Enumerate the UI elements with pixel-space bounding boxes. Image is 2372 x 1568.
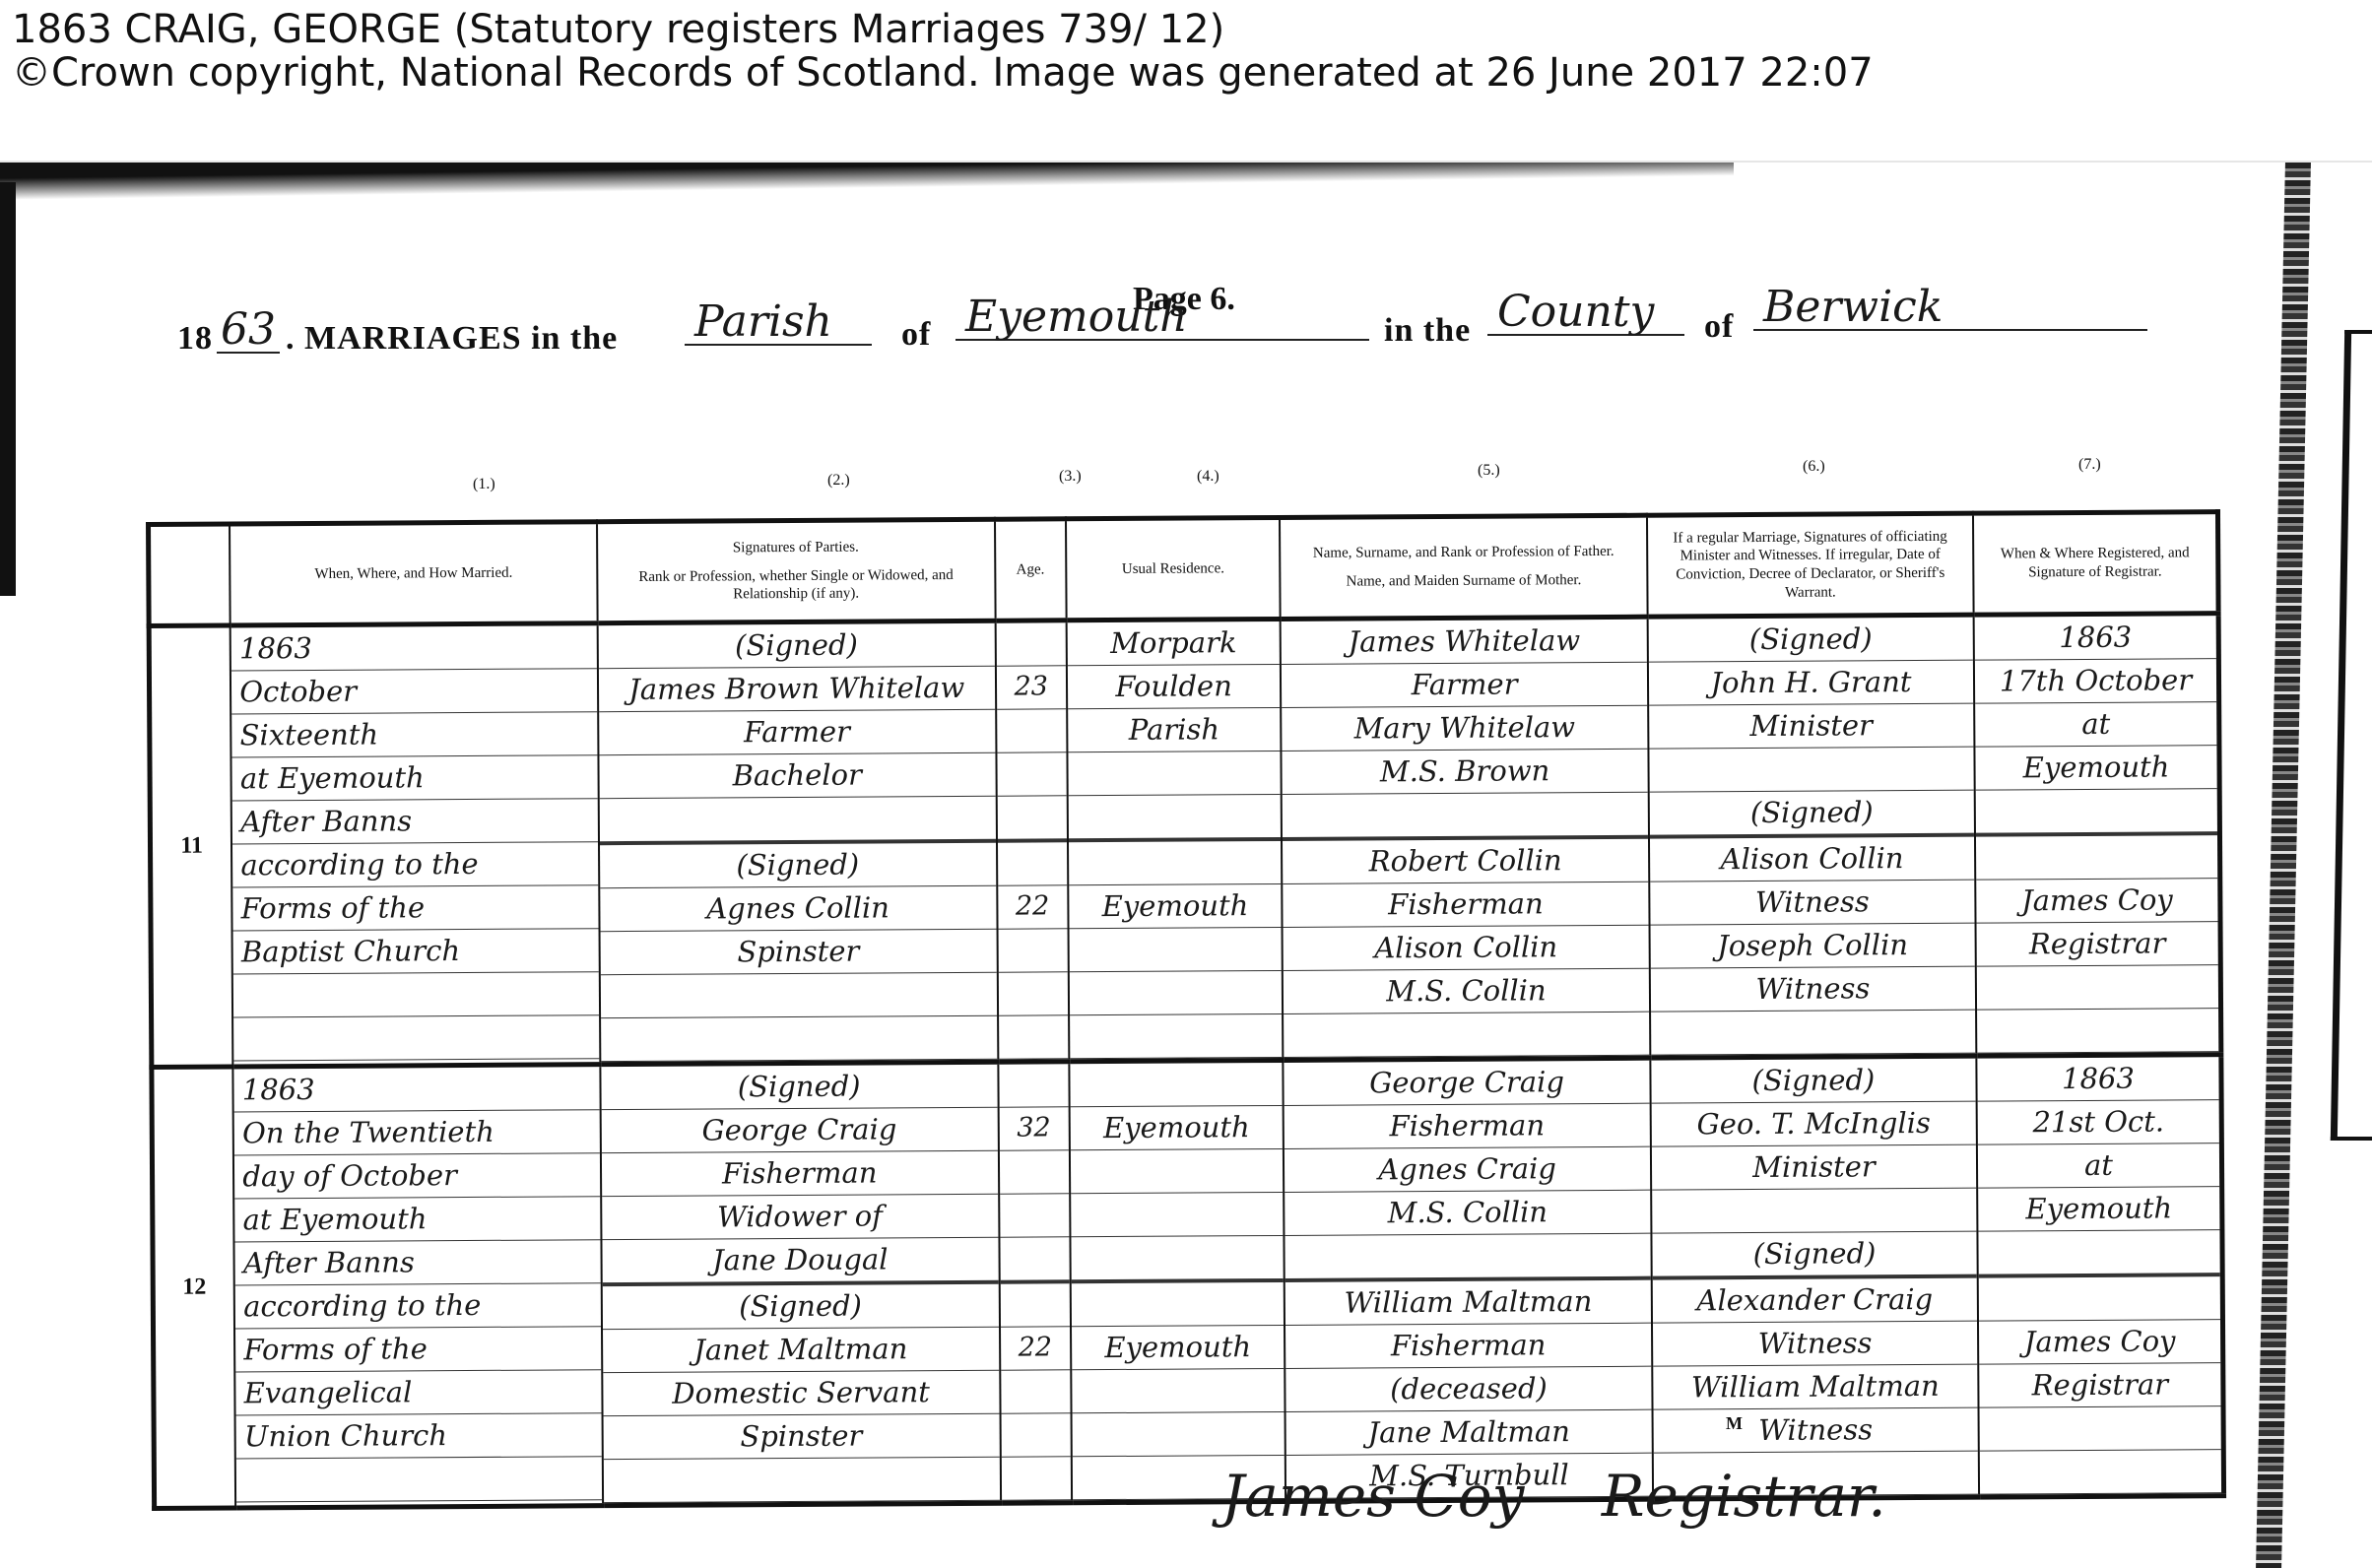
residence-line <box>1070 1014 1283 1059</box>
register-heading: Page 6. 18 63 . MARRIAGES in the Parish … <box>177 251 2147 359</box>
parish-type: Parish <box>685 300 872 346</box>
marriage-register-table: When, Where, and How Married. Signatures… <box>146 509 2226 1511</box>
age-line <box>999 1015 1069 1059</box>
column-number: (5.) <box>1478 462 1500 480</box>
parents-line: (deceased) <box>1286 1367 1652 1412</box>
header-age: Age. <box>994 519 1066 621</box>
header-parties-top: Signatures of Parties. <box>733 539 859 555</box>
header-row: When, Where, and How Married. Signatures… <box>149 512 2219 626</box>
age-line <box>998 972 1068 1015</box>
parents-line <box>1283 793 1648 841</box>
regular-line <box>1652 1189 1976 1234</box>
cell-regular: (Signed)John H. GrantMinister(Signed)Ali… <box>1647 615 1976 1058</box>
age-lines: 3222 <box>999 1064 1071 1500</box>
when-line: Evangelical <box>236 1370 602 1415</box>
residence-line <box>1070 971 1283 1015</box>
header-parents: Name, Surname, and Rank or Profession of… <box>1280 515 1647 619</box>
when-line: Forms of the <box>235 1327 601 1372</box>
registered-line: James Coy <box>1976 879 2217 923</box>
age-lines: 2322 <box>996 622 1068 1059</box>
cell-residence: EyemouthEyemouth <box>1069 1060 1285 1502</box>
residence-lines: MorparkFouldenParishEyemouth <box>1068 621 1283 1059</box>
when-lines: 1863OctoberSixteenthat EyemouthAfter Ban… <box>231 625 599 1061</box>
age-line <box>999 1150 1069 1194</box>
parents-line: George Craig <box>1285 1061 1650 1106</box>
parents-line: Fisherman <box>1285 1324 1651 1369</box>
regular-line: Witness <box>1653 1322 1977 1367</box>
cell-regular: (Signed)Geo. T. McInglisMinister(Signed)… <box>1650 1056 1979 1499</box>
registered-line: 17th October <box>1975 659 2216 703</box>
age-line: 32 <box>999 1107 1069 1150</box>
parties-line: Spinster <box>600 930 996 975</box>
sheet-mark: M <box>1726 1413 1743 1434</box>
when-line <box>236 1457 602 1502</box>
registered-line <box>1976 835 2217 880</box>
parents-line: James Whitelaw <box>1282 620 1647 665</box>
parents-line <box>1284 1013 1649 1058</box>
cell-age: 3222 <box>998 1062 1072 1503</box>
header-registered-text: When & Where Registered, and Signature o… <box>2001 546 2190 581</box>
parties-line: Bachelor <box>599 753 995 799</box>
column-number: (6.) <box>1803 458 1825 476</box>
header-parents-top: Name, Surname, and Rank or Profession of… <box>1313 544 1614 561</box>
year-handwritten: 63 <box>217 308 280 354</box>
parents-line: Fisherman <box>1285 1104 1650 1149</box>
parents-line: M.S. Collin <box>1285 1191 1650 1236</box>
registered-line <box>1979 1276 2220 1321</box>
age-line <box>1000 1237 1070 1283</box>
when-line: according to the <box>232 842 598 887</box>
regular-line: Witness <box>1651 967 1975 1013</box>
cell-registered: 186321st Oct.atEyemouthJames CoyRegistra… <box>1976 1055 2223 1498</box>
residence-line <box>1072 1412 1285 1457</box>
residence-line <box>1069 841 1282 885</box>
residence-line <box>1069 795 1282 842</box>
residence-line <box>1072 1369 1285 1413</box>
parents-line: Fisherman <box>1284 882 1649 928</box>
margin-column-header <box>149 524 231 626</box>
registered-line <box>1980 1406 2221 1451</box>
residence-line: Eyemouth <box>1071 1106 1284 1150</box>
regular-line: Witness <box>1650 881 1974 926</box>
scan-top-edge <box>0 163 1734 200</box>
cell-registered: 186317th OctoberatEyemouthJames CoyRegis… <box>1974 614 2221 1057</box>
age-line <box>997 752 1067 796</box>
registered-line: at <box>1978 1143 2219 1188</box>
age-line <box>996 622 1066 666</box>
parents-lines: James WhitelawFarmerMary WhitelawM.S. Br… <box>1282 620 1649 1058</box>
residence-line: Parish <box>1068 708 1281 752</box>
parents-line: M.S. Collin <box>1284 969 1649 1014</box>
residence-line <box>1068 751 1281 796</box>
parties-line: George Craig <box>602 1108 998 1153</box>
age-line <box>1001 1370 1071 1413</box>
registered-line <box>1977 1009 2218 1053</box>
regular-line: (Signed) <box>1650 791 1974 839</box>
year-prefix: 18 <box>177 320 213 358</box>
header-registered: When & Where Registered, and Signature o… <box>1973 512 2218 616</box>
parties-line: Farmer <box>599 710 995 755</box>
county-type: County <box>1487 291 1684 336</box>
residence-lines: EyemouthEyemouth <box>1070 1063 1285 1500</box>
parties-line: James Brown Whitelaw <box>599 667 995 712</box>
entry-number: 12 <box>152 1067 236 1508</box>
parties-line: Domestic Servant <box>603 1371 999 1416</box>
parties-lines: (Signed)James Brown WhitelawFarmerBachel… <box>599 623 997 1062</box>
when-line: 1863 <box>234 1067 600 1112</box>
when-line <box>233 972 599 1017</box>
when-line: October <box>231 669 597 714</box>
parents-line: Robert Collin <box>1283 839 1648 884</box>
when-line: Baptist Church <box>233 929 599 974</box>
residence-line <box>1071 1193 1284 1237</box>
regular-line: John H. Grant <box>1649 661 1973 706</box>
registered-line: James Coy <box>1979 1320 2220 1364</box>
cell-when: 1863On the Twentiethday of Octoberat Eye… <box>233 1065 603 1508</box>
parties-line: Agnes Collin <box>600 886 996 932</box>
residence-line <box>1069 928 1282 972</box>
in-the-label: in the <box>1384 312 1471 350</box>
regular-line: Alexander Craig <box>1653 1278 1977 1324</box>
age-line <box>997 709 1067 752</box>
when-line: according to the <box>235 1283 601 1329</box>
column-number: (3.) <box>1059 468 1082 486</box>
age-line <box>1000 1194 1070 1237</box>
regular-line: Minister <box>1652 1145 1976 1191</box>
when-line: at Eyemouth <box>234 1197 600 1242</box>
residence-line: Morpark <box>1068 621 1281 666</box>
parents-line: Jane Maltman <box>1286 1410 1652 1456</box>
when-line: Sixteenth <box>231 712 597 757</box>
regular-line: Geo. T. McInglis <box>1651 1102 1975 1147</box>
registered-line: Registrar <box>1979 1363 2220 1407</box>
registered-line: Registrar <box>1977 922 2218 966</box>
registered-line: at <box>1975 702 2216 747</box>
of-label-2: of <box>1704 308 1734 346</box>
registered-line: 1863 <box>1977 1057 2218 1101</box>
age-line: 22 <box>998 885 1068 929</box>
when-line: at Eyemouth <box>232 755 598 801</box>
column-number: (2.) <box>827 472 850 490</box>
marriages-label: . MARRIAGES in the <box>286 320 618 358</box>
record-title: 1863 CRAIG, GEORGE (Statutory registers … <box>12 10 1224 49</box>
parties-line: (Signed) <box>599 623 995 669</box>
residence-line: Foulden <box>1068 665 1281 709</box>
residence-line <box>1071 1236 1284 1283</box>
header-when: When, Where, and How Married. <box>230 522 597 625</box>
registered-line: Eyemouth <box>1978 1187 2219 1231</box>
header-when-text: When, Where, and How Married. <box>314 564 512 581</box>
when-line: After Banns <box>235 1240 601 1285</box>
parties-line: Fisherman <box>602 1151 998 1197</box>
parties-line <box>600 797 996 845</box>
cell-parents: James WhitelawFarmerMary WhitelawM.S. Br… <box>1281 617 1650 1060</box>
entry-number: 11 <box>149 625 233 1067</box>
header-residence-text: Usual Residence. <box>1122 560 1224 577</box>
registered-line <box>1980 1450 2221 1494</box>
parties-line: Janet Maltman <box>603 1328 999 1373</box>
register-entry: 111863OctoberSixteenthat EyemouthAfter B… <box>149 614 2221 1068</box>
regular-lines: (Signed)John H. GrantMinister(Signed)Ali… <box>1648 618 1975 1056</box>
age-line <box>1001 1413 1071 1457</box>
header-parties: Signatures of Parties. Rank or Professio… <box>597 519 995 622</box>
registrar-signature: James Coy Registrar. <box>1221 1463 1945 1530</box>
when-line <box>233 1015 599 1061</box>
residence-line <box>1071 1149 1284 1194</box>
regular-line: William Maltman <box>1653 1365 1977 1410</box>
regular-line: Minister <box>1649 704 1973 750</box>
of-label-1: of <box>901 316 931 354</box>
when-line: 1863 <box>231 625 597 671</box>
when-line: On the Twentieth <box>234 1110 600 1155</box>
column-number: (1.) <box>473 476 495 493</box>
when-line: Forms of the <box>233 885 599 931</box>
residence-line <box>1070 1063 1283 1107</box>
parties-line: (Signed) <box>600 843 996 888</box>
header-parents-sub: Name, and Maiden Surname of Mother. <box>1285 571 1643 592</box>
regular-line: Alison Collin <box>1650 837 1974 882</box>
when-line: day of October <box>234 1153 600 1199</box>
cell-when: 1863OctoberSixteenthat EyemouthAfter Ban… <box>231 623 600 1067</box>
regular-line: (Signed) <box>1651 1059 1975 1104</box>
residence-line: Eyemouth <box>1072 1326 1285 1370</box>
registered-line <box>1977 965 2218 1010</box>
parties-line <box>604 1458 1000 1503</box>
registrar-title: Registrar. <box>1602 1463 1886 1530</box>
parents-line: Alison Collin <box>1284 926 1649 971</box>
age-line: 22 <box>1001 1327 1071 1370</box>
scan-left-edge <box>0 182 16 596</box>
regular-lines: (Signed)Geo. T. McInglisMinister(Signed)… <box>1651 1059 1978 1497</box>
registered-lines: 186321st Oct.atEyemouthJames CoyRegistra… <box>1977 1057 2221 1494</box>
regular-line: Witness <box>1653 1408 1977 1454</box>
registrar-name: James Coy <box>1221 1463 1524 1530</box>
residence-line <box>1072 1282 1285 1327</box>
age-line <box>1000 1283 1070 1327</box>
parties-line: Widower of <box>602 1195 998 1240</box>
registered-line: 1863 <box>1975 616 2216 660</box>
when-line: Union Church <box>236 1413 602 1459</box>
parents-line: M.S. Brown <box>1283 750 1648 795</box>
parties-line: (Signed) <box>601 1065 997 1110</box>
regular-line: Joseph Collin <box>1650 924 1974 969</box>
age-line <box>998 929 1068 972</box>
column-number: (4.) <box>1197 468 1219 486</box>
column-number: (7.) <box>2078 456 2101 474</box>
facing-page-edge <box>2331 330 2372 1141</box>
parents-line: William Maltman <box>1285 1280 1651 1326</box>
cell-residence: MorparkFouldenParishEyemouth <box>1067 619 1284 1061</box>
book-spine <box>2256 163 2311 1568</box>
when-line: After Banns <box>232 799 598 844</box>
age-line: 23 <box>996 666 1066 709</box>
regular-line: (Signed) <box>1648 618 1972 663</box>
parties-line <box>601 1016 997 1062</box>
cell-parties: (Signed)George CraigFishermanWidower ofJ… <box>600 1062 1000 1505</box>
cell-parents: George CraigFishermanAgnes CraigM.S. Col… <box>1284 1058 1653 1501</box>
when-lines: 1863On the Twentiethday of Octoberat Eye… <box>234 1067 602 1502</box>
copyright-notice: ©Crown copyright, National Records of Sc… <box>12 53 1874 93</box>
header-age-text: Age. <box>1017 561 1045 577</box>
registered-line <box>1976 789 2217 836</box>
register-entry: 121863On the Twentiethday of Octoberat E… <box>152 1055 2224 1509</box>
parish-name: Eyemouth <box>955 295 1369 341</box>
regular-line: (Signed) <box>1652 1232 1976 1280</box>
parents-line: Agnes Craig <box>1285 1147 1650 1193</box>
cell-age: 2322 <box>995 621 1069 1062</box>
header-residence: Usual Residence. <box>1066 517 1281 620</box>
age-line <box>998 842 1068 885</box>
parties-line: (Signed) <box>603 1284 999 1330</box>
cell-parties: (Signed)James Brown WhitelawFarmerBachel… <box>598 621 998 1064</box>
header-regular-text: If a regular Marriage, Signatures of off… <box>1673 528 1946 600</box>
county-name: Berwick <box>1753 286 2147 331</box>
parents-lines: George CraigFishermanAgnes CraigM.S. Col… <box>1285 1061 1652 1499</box>
header-regular: If a regular Marriage, Signatures of off… <box>1647 513 1974 617</box>
column-numbers: (1.) (2.) (3.) (4.) (5.) (6.) (7.) <box>138 476 2226 505</box>
age-line <box>997 796 1067 842</box>
parties-lines: (Signed)George CraigFishermanWidower ofJ… <box>601 1065 999 1503</box>
registered-line: 21st Oct. <box>1978 1100 2219 1144</box>
residence-line: Eyemouth <box>1069 884 1282 929</box>
parents-line: Farmer <box>1282 663 1647 708</box>
register-scan-image: Page 6. 18 63 . MARRIAGES in the Parish … <box>0 163 2372 1568</box>
parties-line: Jane Dougal <box>602 1238 998 1286</box>
parties-line: Spinster <box>603 1414 999 1460</box>
age-line <box>1001 1457 1071 1500</box>
regular-line <box>1651 1011 1975 1056</box>
registered-line <box>1978 1230 2219 1277</box>
regular-line <box>1649 748 1973 793</box>
parties-line <box>601 973 997 1018</box>
parents-line: Mary Whitelaw <box>1282 706 1647 751</box>
header-parties-sub: Rank or Profession, whether Single or Wi… <box>602 565 990 605</box>
parents-line <box>1285 1234 1651 1282</box>
registered-line: Eyemouth <box>1975 746 2216 790</box>
registered-lines: 186317th OctoberatEyemouthJames CoyRegis… <box>1975 616 2219 1053</box>
age-line <box>999 1064 1069 1107</box>
